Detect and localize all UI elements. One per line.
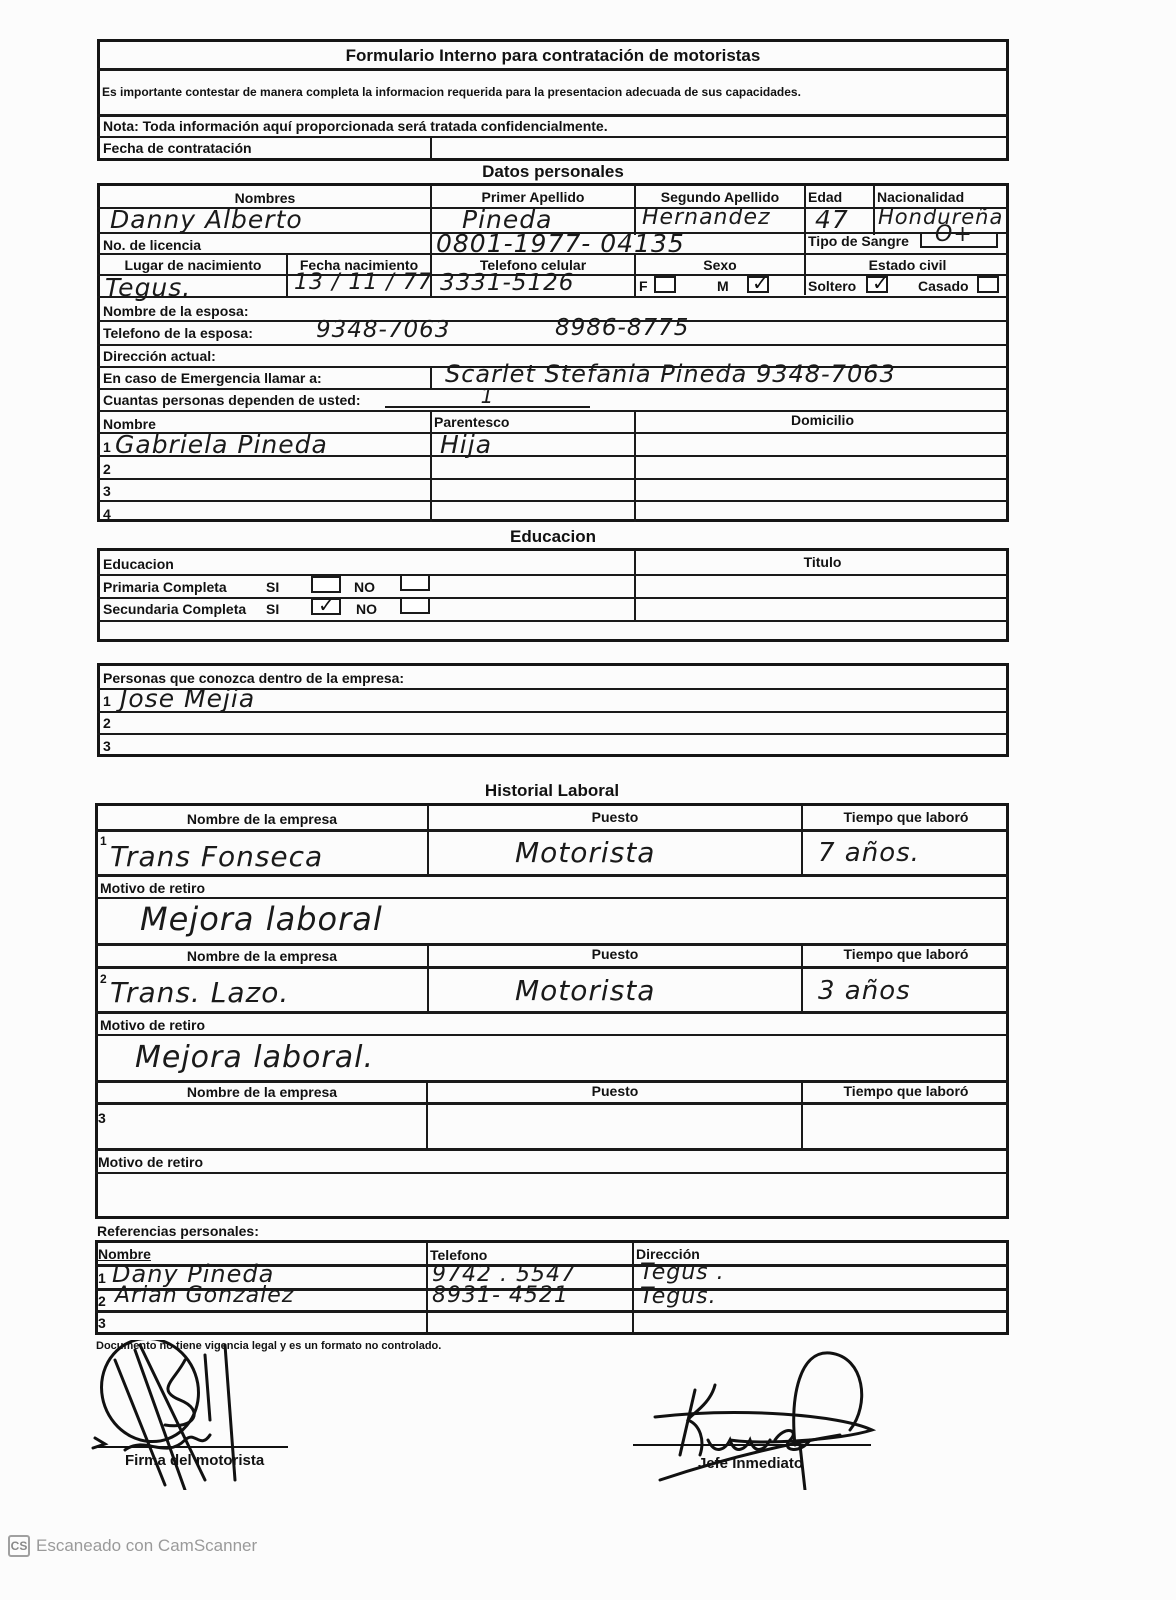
label-secundaria-no: NO (356, 601, 377, 617)
form-title: Formulario Interno para contratación de … (97, 46, 1009, 66)
acquaintance-row-num: 3 (103, 738, 111, 754)
field-edad[interactable]: 47 (815, 205, 849, 234)
divider (97, 253, 1009, 255)
reference-3-direccion[interactable] (640, 1313, 1000, 1331)
label-soltero: Soltero (808, 278, 856, 294)
divider (97, 320, 1009, 322)
education-header-titulo: Titulo (636, 554, 1009, 570)
reference-3-telefono[interactable] (432, 1313, 627, 1331)
work-2-puesto[interactable]: Motorista (515, 974, 655, 1007)
dependents-row-num: 4 (103, 506, 111, 522)
work-3-puesto[interactable] (432, 1110, 797, 1144)
work-3-empresa[interactable] (112, 1110, 422, 1144)
label-dependientes: Cuantas personas dependen de usted: (103, 392, 361, 408)
label-primaria-no: NO (354, 579, 375, 595)
divider (95, 1102, 1009, 1105)
acquaintance-3-name[interactable] (120, 736, 1000, 754)
label-primaria: Primaria Completa (103, 579, 227, 595)
dependent-3-nombre[interactable] (115, 480, 425, 500)
section-title-personal: Datos personales (0, 162, 1106, 182)
label-sexo-f: F (639, 278, 648, 294)
field-primaria-titulo[interactable] (645, 577, 1000, 595)
work-3-tiempo[interactable] (806, 1110, 1004, 1144)
work-header-empresa: Nombre de la empresa (97, 811, 427, 827)
divider (97, 114, 1009, 117)
driver-signature-line (98, 1446, 288, 1448)
label-nombre-esposa: Nombre de la esposa: (103, 303, 249, 319)
field-telefono-esposa-2[interactable]: 8986-8775 (555, 315, 689, 341)
divider (97, 620, 1009, 622)
label-secundaria-si: SI (266, 601, 279, 617)
field-segundo-apellido[interactable]: Hernandez (642, 205, 771, 230)
label-secundaria: Secundaria Completa (103, 601, 246, 617)
section-title-work-history: Historial Laboral (0, 781, 1104, 801)
form-instruction: Es importante contestar de manera comple… (102, 85, 801, 99)
label-segundo-apellido: Segundo Apellido (636, 189, 804, 205)
divider (95, 1148, 1009, 1151)
divider (426, 1242, 428, 1332)
scanned-form-page: Formulario Interno para contratación de … (0, 0, 1176, 1600)
boss-signature-line (633, 1444, 871, 1446)
dependent-1-domicilio[interactable] (645, 435, 1000, 455)
divider (430, 410, 432, 522)
label-primer-apellido: Primer Apellido (432, 189, 634, 205)
field-telefono-esposa-1[interactable]: 9348-7063 (316, 317, 450, 343)
check-mark-secundaria-si: ✓ (318, 596, 335, 614)
work-header-motivo: Motivo de retiro (100, 1017, 205, 1033)
dependents-row-num: 2 (103, 461, 111, 477)
acquaintance-1-name[interactable]: Jose Mejia (120, 684, 255, 713)
section-title-education: Educacion (0, 527, 1106, 547)
work-1-tiempo[interactable]: 7 años. (818, 838, 920, 868)
reference-1-direccion[interactable]: Tegus . (640, 1260, 725, 1285)
work-header-puesto: Puesto (429, 809, 801, 825)
work-2-motivo[interactable]: Mejora laboral. (135, 1040, 374, 1075)
acquaintance-row-num: 1 (103, 693, 111, 709)
divider (97, 597, 1009, 599)
dependents-row-num: 3 (103, 483, 111, 499)
label-nacionalidad: Nacionalidad (877, 189, 964, 205)
work-header-motivo: Motivo de retiro (100, 880, 205, 896)
divider (97, 455, 1009, 457)
divider (97, 500, 1009, 502)
divider (95, 874, 1009, 877)
work-2-tiempo[interactable]: 3 años (818, 976, 911, 1006)
label-casado: Casado (918, 278, 969, 294)
acquaintance-2-name[interactable] (120, 713, 1000, 731)
divider (95, 1172, 1009, 1174)
boss-signature-label: Jefe Inmediato (698, 1455, 803, 1472)
reference-2-direccion[interactable]: Tegus. (640, 1284, 717, 1309)
reference-row-num: 3 (98, 1315, 106, 1331)
divider (95, 1011, 1009, 1014)
divider (430, 136, 432, 160)
divider (97, 733, 1009, 735)
check-mark-soltero: ✓ (872, 274, 889, 292)
work-header-empresa: Nombre de la empresa (97, 948, 427, 964)
reference-3-nombre[interactable] (112, 1313, 422, 1331)
divider (97, 574, 1009, 576)
confidentiality-note: Nota: Toda información aquí proporcionad… (103, 118, 608, 134)
label-primaria-si: SI (266, 579, 279, 595)
work-1-empresa[interactable]: Trans Fonseca (110, 840, 323, 873)
acquaintance-row-num: 2 (103, 715, 111, 731)
divider (97, 296, 1009, 298)
field-nombres[interactable]: Danny Alberto (110, 205, 303, 234)
work-header-tiempo: Tiempo que laboró (803, 946, 1009, 962)
divider (95, 829, 1009, 832)
label-nombres: Nombres (100, 190, 430, 206)
work-entry-num: 2 (100, 972, 107, 986)
field-telefono-celular[interactable]: 3331-5126 (440, 270, 574, 296)
label-sexo: Sexo (636, 257, 804, 273)
work-header-tiempo: Tiempo que laboró (803, 1083, 1009, 1099)
camscanner-watermark: CS Escaneado con CamScanner (8, 1535, 257, 1557)
reference-2-telefono[interactable]: 8931- 4521 (432, 1283, 569, 1308)
dependent-4-nombre[interactable] (115, 503, 425, 521)
references-header-telefono: Telefono (430, 1247, 487, 1263)
work-header-motivo: Motivo de retiro (98, 1154, 203, 1170)
divider (804, 185, 806, 295)
checkbox-secundaria-no[interactable] (400, 597, 430, 614)
work-1-puesto[interactable]: Motorista (515, 836, 655, 869)
label-edad: Edad (808, 189, 842, 205)
work-header-tiempo: Tiempo que laboró (803, 809, 1009, 825)
label-sexo-m: M (717, 278, 729, 294)
divider (97, 68, 1009, 71)
hire-date-label: Fecha de contratación (103, 140, 252, 156)
references-label: Referencias personales: (97, 1223, 259, 1239)
dependents-row-num: 1 (103, 439, 111, 455)
camscanner-logo-icon: CS (8, 1535, 30, 1557)
work-2-empresa[interactable]: Trans. Lazo. (110, 976, 289, 1009)
divider (632, 1242, 634, 1332)
work-entry-num: 3 (98, 1110, 106, 1126)
work-header-puesto: Puesto (429, 1083, 801, 1099)
work-entry-num: 1 (100, 834, 107, 848)
field-dependientes[interactable]: 1 (385, 384, 590, 408)
field-fecha-nacimiento[interactable]: 13 / 11 / 77 (294, 270, 433, 295)
work-1-motivo[interactable]: Mejora laboral (140, 900, 383, 938)
divider (95, 1034, 1009, 1036)
field-tipo-sangre: O+ (935, 222, 973, 247)
checkbox-primaria-si[interactable] (311, 576, 341, 593)
reference-2-nombre[interactable]: Arian Gonzalez (115, 1283, 294, 1308)
dependent-2-nombre[interactable] (115, 458, 425, 478)
reference-row-num: 2 (98, 1293, 106, 1309)
work-3-motivo[interactable] (110, 1178, 1000, 1212)
education-header: Educacion (103, 556, 174, 572)
hire-date-field[interactable] (440, 138, 1000, 158)
dependents-header-parentesco: Parentesco (434, 414, 509, 430)
label-estado-civil: Estado civil (806, 257, 1009, 273)
reference-row-num: 1 (98, 1270, 106, 1286)
label-direccion: Dirección actual: (103, 348, 216, 364)
work-header-puesto: Puesto (429, 946, 801, 962)
camscanner-text: Escaneado con CamScanner (36, 1536, 257, 1556)
checkbox-casado[interactable] (977, 276, 999, 293)
work-header-empresa: Nombre de la empresa (97, 1084, 427, 1100)
field-secundaria-titulo[interactable] (645, 600, 1000, 618)
driver-signature-label: Firma del motorista (125, 1452, 264, 1469)
divider (95, 897, 1009, 899)
label-telefono-esposa: Telefono de la esposa: (103, 325, 253, 341)
label-emergencia: En caso de Emergencia llamar a: (103, 370, 322, 386)
label-licencia: No. de licencia (103, 237, 201, 253)
label-tipo-sangre: Tipo de Sangre (808, 233, 909, 249)
checkbox-sexo-f[interactable] (654, 276, 676, 293)
divider (873, 185, 875, 235)
divider (95, 966, 1009, 969)
check-mark-sexo-m: ✓ (752, 274, 769, 292)
label-lugar-nacimiento: Lugar de nacimiento (100, 257, 286, 273)
divider (426, 1080, 428, 1148)
dependents-header-domicilio: Domicilio (636, 412, 1009, 428)
checkbox-primaria-no[interactable] (400, 574, 430, 591)
